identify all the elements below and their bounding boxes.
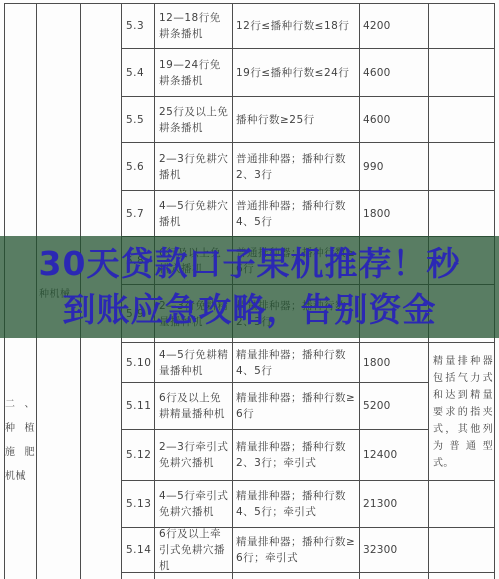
table-row: 5.7 4—5行免耕穴播机 普通排种器；播种行数4、5行 1800 xyxy=(122,191,495,237)
table-row xyxy=(122,573,495,579)
cell-remark xyxy=(429,191,495,237)
cell-value: 990 xyxy=(360,143,429,191)
merged-remark-cell: 精量排种器包括气力式和达到精量要求的指夹式，其他列为普通型式。 xyxy=(429,343,495,481)
cell-name: 2—3行牵引式免耕穴播机 xyxy=(155,430,233,481)
table-row: 5.13 4—5行牵引式免耕穴播机 精量排种器；播种行数4、5行；牵引式 213… xyxy=(122,481,495,528)
cell-remark xyxy=(429,528,495,573)
cell-name xyxy=(155,573,233,579)
cell-code: 5.14 xyxy=(122,528,155,573)
cell-value: 4600 xyxy=(360,49,429,97)
cell-name: 4—5行免耕穴播机 xyxy=(155,191,233,237)
cell-value xyxy=(360,573,429,579)
table-row: 5.3 12—18行免耕条播机 12行≤播种行数≤18行 4200 xyxy=(122,3,495,49)
cell-code: 5.13 xyxy=(122,481,155,528)
table-row: 5.4 19—24行免耕条播机 19行≤播种行数≤24行 4600 xyxy=(122,49,495,97)
cell-value: 1800 xyxy=(360,343,429,383)
cell-name: 25行及以上免耕条播机 xyxy=(155,97,233,143)
cell-value: 12400 xyxy=(360,430,429,481)
cell-code xyxy=(122,573,155,579)
cell-requirement: 普通排种器；播种行数4、5行 xyxy=(233,191,360,237)
cell-requirement: 精量排种器；播种行数4、5行 xyxy=(233,343,360,383)
cell-requirement xyxy=(233,573,360,579)
cell-name: 4—5行免耕精量播种机 xyxy=(155,343,233,383)
cell-code: 5.11 xyxy=(122,383,155,430)
cell-requirement: 精量排种器；播种行数≥6行；牵引式 xyxy=(233,528,360,573)
cell-requirement: 精量排种器；播种行数≥6行 xyxy=(233,383,360,430)
cell-remark xyxy=(429,3,495,49)
cell-remark xyxy=(429,49,495,97)
cell-requirement: 普通排种器；播种行数2、3行 xyxy=(233,143,360,191)
cell-name: 4—5行牵引式免耕穴播机 xyxy=(155,481,233,528)
cell-name: 12—18行免耕条播机 xyxy=(155,3,233,49)
cell-remark xyxy=(429,97,495,143)
cell-requirement: 精量排种器；播种行数2、3行；牵引式 xyxy=(233,430,360,481)
cell-requirement: 播种行数≥25行 xyxy=(233,97,360,143)
document-page: 二、种植施肥机械 种机械 5.3 12—18行免耕条播机 12行≤播种行数≤18… xyxy=(0,0,499,579)
cell-value: 32300 xyxy=(360,528,429,573)
cell-remark xyxy=(429,573,495,579)
cell-name: 19—24行免耕条播机 xyxy=(155,49,233,97)
cell-requirement: 精量排种器；播种行数4、5行；牵引式 xyxy=(233,481,360,528)
cell-value: 4600 xyxy=(360,97,429,143)
cell-value: 4200 xyxy=(360,3,429,49)
promo-line-1: 30天贷款口子果机推荐！秒 xyxy=(39,241,461,287)
cell-code: 5.4 xyxy=(122,49,155,97)
cell-requirement: 12行≤播种行数≤18行 xyxy=(233,3,360,49)
cell-code: 5.6 xyxy=(122,143,155,191)
table-row: 5.14 6行及以上牵引式免耕穴播机 精量排种器；播种行数≥6行；牵引式 323… xyxy=(122,528,495,573)
cell-code: 5.12 xyxy=(122,430,155,481)
cell-name: 6行及以上免耕精量播种机 xyxy=(155,383,233,430)
category-label: 二、种植施肥机械 xyxy=(4,393,36,489)
cell-value: 5200 xyxy=(360,383,429,430)
table-row: 5.6 2—3行免耕穴播机 普通排种器；播种行数2、3行 990 xyxy=(122,143,495,191)
table-row: 5.5 25行及以上免耕条播机 播种行数≥25行 4600 xyxy=(122,97,495,143)
cell-code: 5.10 xyxy=(122,343,155,383)
cell-name: 6行及以上牵引式免耕穴播机 xyxy=(155,528,233,573)
promo-line-2: 到账应急攻略，告别资金 xyxy=(63,287,437,333)
cell-code: 5.3 xyxy=(122,3,155,49)
cell-name: 2—3行免耕穴播机 xyxy=(155,143,233,191)
cell-value: 21300 xyxy=(360,481,429,528)
cell-remark xyxy=(429,143,495,191)
cell-requirement: 19行≤播种行数≤24行 xyxy=(233,49,360,97)
cell-code: 5.5 xyxy=(122,97,155,143)
cell-code: 5.7 xyxy=(122,191,155,237)
promo-banner[interactable]: 30天贷款口子果机推荐！秒 到账应急攻略，告别资金 xyxy=(0,236,499,338)
cell-value: 1800 xyxy=(360,191,429,237)
cell-remark xyxy=(429,481,495,528)
